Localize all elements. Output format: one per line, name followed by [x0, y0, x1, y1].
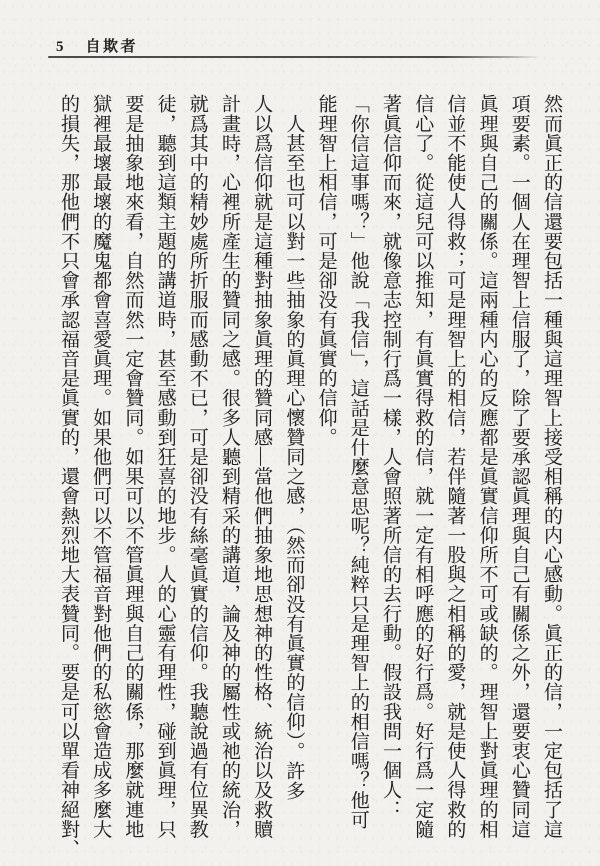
text-column: 獄裡最壞最壞的魔鬼都會喜愛眞理。如果他們可以不管福音對他們的私慾會造成多麼大 [84, 94, 116, 854]
book-title: 自欺者 [86, 35, 139, 56]
text-column: 然而眞正的信還要包括一種與這理智上接受相稱的内心感動。眞正的信，一定包括了這 [535, 94, 567, 854]
text-column: 要是抽象地來看，自然而然一定會贊同。如果可以不管眞理與自己的關係，那麼就連地 [116, 94, 148, 854]
text-column: 的損失，那他們不只會承認福音是眞實的，還會熱烈地大表贊同。要是可以單看神絕對、 [52, 94, 84, 854]
page-number: 5 [56, 39, 64, 56]
text-column: 信心了。從這兒可以推知，有眞實得救的信，就一定有相呼應的好行爲。好行爲一定隨 [406, 94, 438, 854]
page-header: 5 自欺者 [56, 35, 138, 56]
text-column: 徒，聽到這類主題的講道時，甚至感動到狂喜的地步。人的心靈有理性，碰到眞理，只 [148, 94, 180, 854]
text-column: 眞理與自己的關係。這兩種内心的反應都是眞實信仰所不可或缺的。理智上對眞理的相 [470, 94, 502, 854]
text-column: 信並不能使人得救；可是理智上的相信，若伴隨著一股與之相稱的愛，就是使人得救的 [438, 94, 470, 854]
text-column: 計畫時，心裡所產生的贊同之感。很多人聽到精采的講道，論及神的屬性或祂的統治， [213, 94, 245, 854]
header-rule [48, 56, 541, 58]
text-column: 就爲其中的精妙處所折服而感動不已，可是卻没有絲毫眞實的信仰。我聽說過有位異教 [181, 94, 213, 854]
text-column: 人以爲信仰就是這種對抽象眞理的贊同感—當他們抽象地思想神的性格、統治以及救贖 [245, 94, 277, 854]
text-column: 著眞信仰而來，就像意志控制行爲一樣，人會照著所信的去行動。假設我問一個人： [374, 94, 406, 854]
scanned-book-page: 5 自欺者 然而眞正的信還要包括一種與這理智上接受相稱的内心感動。眞正的信，一定… [0, 0, 600, 866]
text-column: 人甚至也可以對一些抽象的眞理心懷贊同之感，（然而卻没有眞實的信仰）。許多 [277, 94, 309, 854]
text-column: 「你信這事嗎？」他說「我信」，這話是什麼意思呢？純粹只是理智上的相信嗎？他可 [342, 94, 374, 854]
text-column: 能理智上相信，可是卻没有眞實的信仰。 [309, 94, 341, 854]
text-column: 項要素。一個人在理智上信服了，除了要承認眞理與自己有關係之外，還要衷心贊同這 [503, 94, 535, 854]
text-body: 然而眞正的信還要包括一種與這理智上接受相稱的内心感動。眞正的信，一定包括了這項要… [49, 94, 567, 854]
